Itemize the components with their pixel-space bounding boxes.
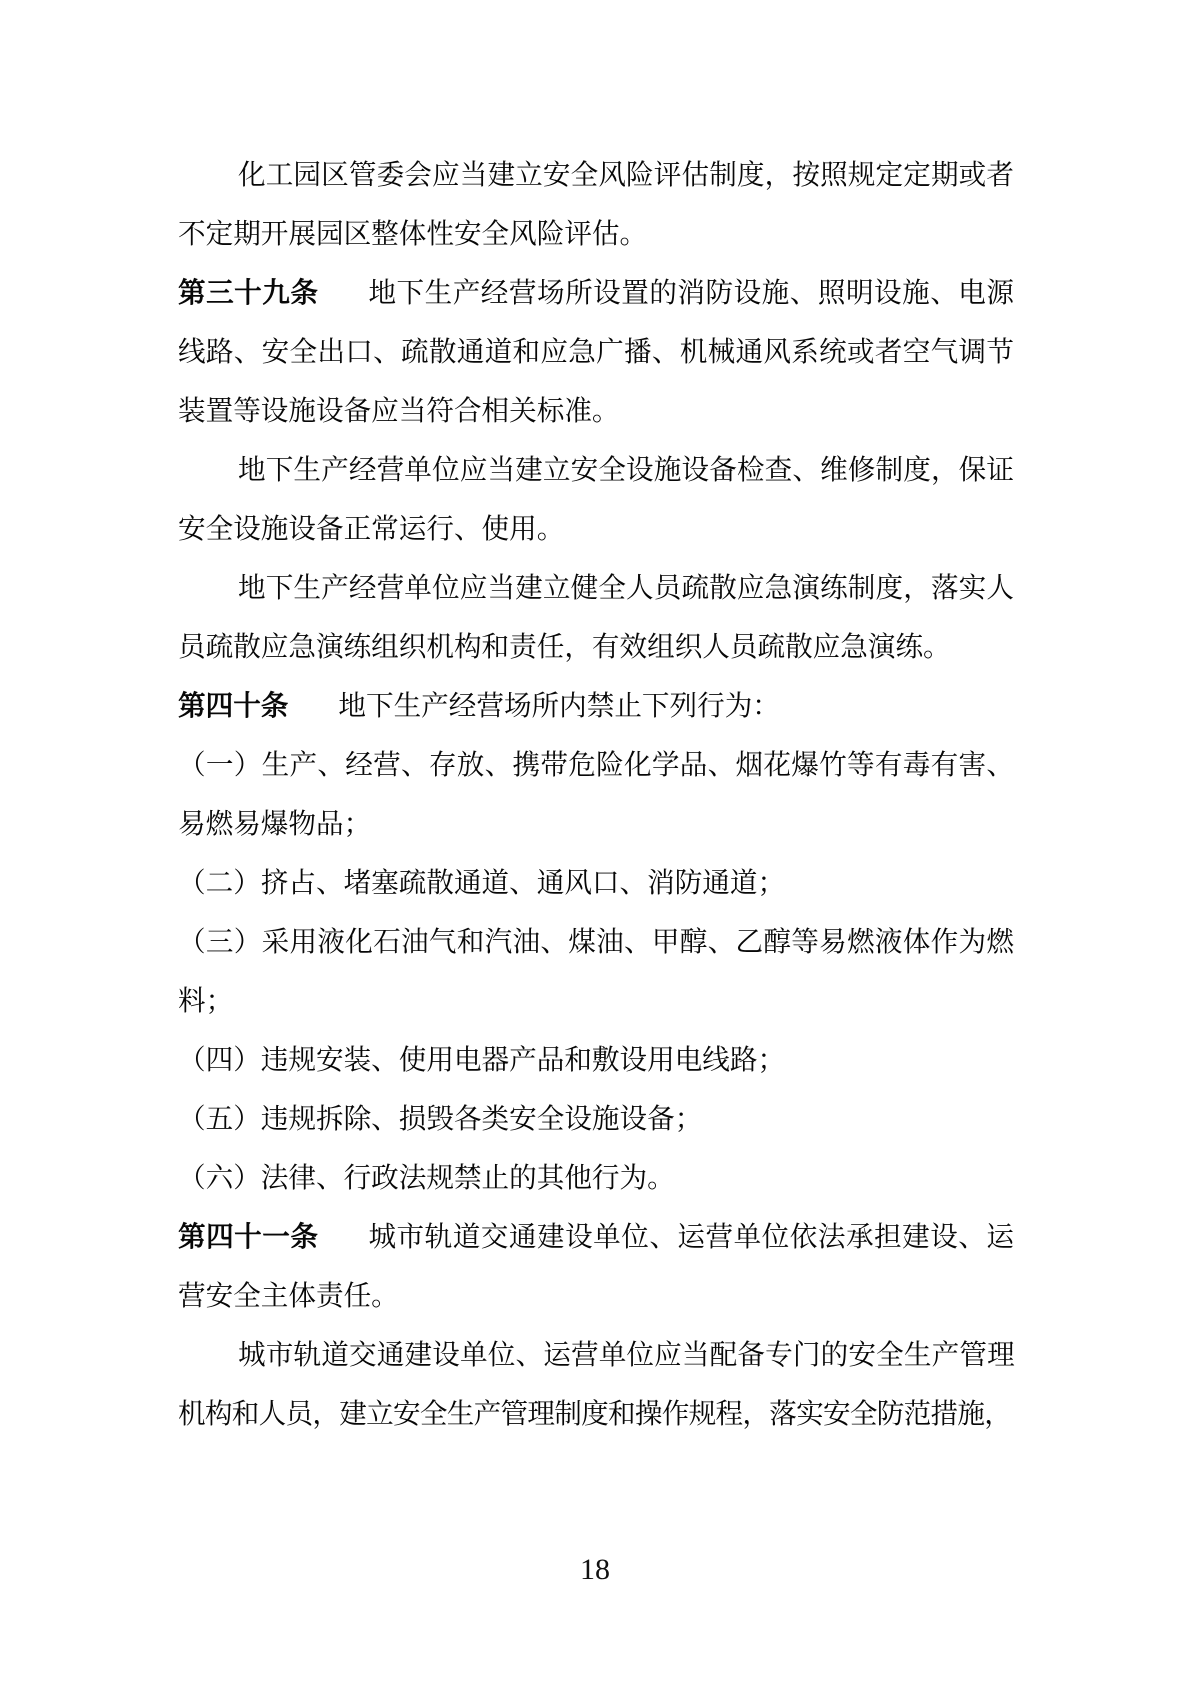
document-page: 化工园区管委会应当建立安全风险评估制度，按照规定定期或者不定期开展园区整体性安全… bbox=[0, 0, 1190, 1683]
paragraph: 地下生产经营单位应当建立健全人员疏散应急演练制度，落实人员疏散应急演练组织机构和… bbox=[178, 558, 1014, 676]
article-number: 第四十条 bbox=[178, 690, 288, 721]
list-item: （六）法律、行政法规禁止的其他行为。 bbox=[178, 1148, 1014, 1207]
list-item: （一）生产、经营、存放、携带危险化学品、烟花爆竹等有毒有害、易燃易爆物品； bbox=[178, 735, 1014, 853]
list-item: （四）违规安装、使用电器产品和敷设用电线路； bbox=[178, 1030, 1014, 1089]
list-item: （三）采用液化石油气和汽油、煤油、甲醇、乙醇等易燃液体作为燃料； bbox=[178, 912, 1014, 1030]
article-number: 第四十一条 bbox=[178, 1221, 318, 1252]
document-body: 化工园区管委会应当建立安全风险评估制度，按照规定定期或者不定期开展园区整体性安全… bbox=[178, 145, 1014, 1443]
paragraph: 第四十一条城市轨道交通建设单位、运营单位依法承担建设、运营安全主体责任。 bbox=[178, 1207, 1014, 1325]
page-number: 18 bbox=[0, 1552, 1190, 1588]
article-text: 地下生产经营场所内禁止下列行为： bbox=[338, 690, 780, 721]
article-number: 第三十九条 bbox=[178, 277, 318, 308]
paragraph: 第三十九条地下生产经营场所设置的消防设施、照明设施、电源线路、安全出口、疏散通道… bbox=[178, 263, 1014, 440]
paragraph: 地下生产经营单位应当建立安全设施设备检查、维修制度，保证安全设施设备正常运行、使… bbox=[178, 440, 1014, 558]
list-item: （二）挤占、堵塞疏散通道、通风口、消防通道； bbox=[178, 853, 1014, 912]
paragraph: 城市轨道交通建设单位、运营单位应当配备专门的安全生产管理机构和人员，建立安全生产… bbox=[178, 1325, 1014, 1443]
paragraph: 化工园区管委会应当建立安全风险评估制度，按照规定定期或者不定期开展园区整体性安全… bbox=[178, 145, 1014, 263]
list-item: （五）违规拆除、损毁各类安全设施设备； bbox=[178, 1089, 1014, 1148]
paragraph: 第四十条地下生产经营场所内禁止下列行为： bbox=[178, 676, 1014, 735]
